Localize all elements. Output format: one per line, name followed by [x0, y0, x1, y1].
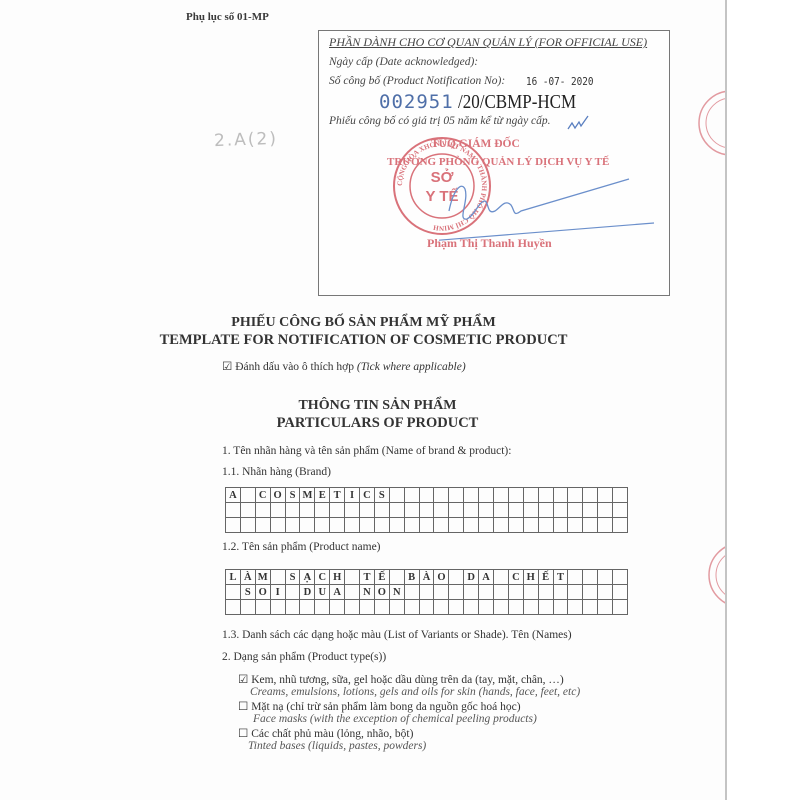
product-name-grid: LÀMSẠCHTẾBÀODACHẾTSOIDUANON: [225, 569, 628, 615]
product-grid-cell[interactable]: L: [226, 570, 241, 585]
product-grid-row: SOIDUANON: [226, 585, 628, 600]
product-grid-cell[interactable]: [464, 600, 479, 615]
product-grid-row: LÀMSẠCHTẾBÀODACHẾT: [226, 570, 628, 585]
brand-grid-cell[interactable]: [508, 518, 523, 533]
brand-grid-cell[interactable]: C: [360, 488, 375, 503]
tick-instruction-en: (Tick where applicable): [357, 361, 466, 373]
product-grid-cell[interactable]: [598, 570, 613, 585]
product-grid-cell[interactable]: [389, 570, 404, 585]
product-grid-cell[interactable]: [285, 600, 300, 615]
product-grid-cell[interactable]: [360, 600, 375, 615]
product-grid-cell[interactable]: [494, 600, 509, 615]
product-grid-cell[interactable]: C: [508, 570, 523, 585]
brand-grid-cell[interactable]: [523, 488, 538, 503]
brand-grid-cell[interactable]: [240, 503, 255, 518]
brand-grid-cell[interactable]: [568, 488, 583, 503]
brand-grid-cell[interactable]: [270, 503, 285, 518]
brand-grid-cell[interactable]: [508, 488, 523, 503]
brand-grid-cell[interactable]: [374, 518, 389, 533]
signer-role-1: TUQ.GIÁM ĐỐC: [431, 138, 520, 150]
partial-seal-icon: [695, 88, 727, 158]
product-grid-cell[interactable]: D: [464, 570, 479, 585]
brand-grid-cell[interactable]: [315, 503, 330, 518]
appendix-label: Phụ lục số 01-MP: [186, 11, 269, 23]
brand-grid-cell[interactable]: [613, 503, 628, 518]
product-grid-cell[interactable]: [583, 585, 598, 600]
product-grid-cell[interactable]: H: [330, 570, 345, 585]
product-grid-cell[interactable]: Ế: [374, 570, 389, 585]
notification-number: 002951 /20/CBMP-HCM: [379, 91, 597, 114]
validity-note: Phiếu công bố có giá trị 05 năm kể từ ng…: [329, 115, 551, 127]
product-grid-cell[interactable]: [270, 570, 285, 585]
tick-instruction: ☑ Đánh dấu vào ô thích hợp (Tick where a…: [222, 359, 466, 373]
product-grid-cell[interactable]: [523, 600, 538, 615]
brand-grid-cell[interactable]: [523, 503, 538, 518]
product-grid-cell[interactable]: S: [285, 570, 300, 585]
product-grid-cell[interactable]: [226, 600, 241, 615]
brand-grid-cell[interactable]: [226, 518, 241, 533]
brand-grid-cell[interactable]: [300, 503, 315, 518]
brand-grid-cell[interactable]: [315, 518, 330, 533]
product-grid-cell[interactable]: [568, 585, 583, 600]
brand-grid-cell[interactable]: [464, 518, 479, 533]
signer-role-2: TRƯỞNG PHÒNG QUẢN LÝ DỊCH VỤ Y TẾ: [387, 156, 609, 168]
signer-name: Phạm Thị Thanh Huyền: [427, 236, 552, 251]
product-grid-cell[interactable]: O: [374, 585, 389, 600]
product-grid-cell[interactable]: [449, 570, 464, 585]
product-grid-cell[interactable]: [345, 600, 360, 615]
brand-grid-cell[interactable]: [330, 518, 345, 533]
product-grid-cell[interactable]: T: [360, 570, 375, 585]
product-grid-cell[interactable]: [434, 585, 449, 600]
brand-grid-cell[interactable]: [404, 503, 419, 518]
brand-grid-cell[interactable]: [508, 503, 523, 518]
product-grid-cell[interactable]: [315, 600, 330, 615]
brand-grid-cell[interactable]: [345, 503, 360, 518]
brand-grid-cell[interactable]: [226, 503, 241, 518]
product-grid-cell[interactable]: À: [419, 570, 434, 585]
date-acknowledged-label: Ngày cấp (Date acknowledged):: [329, 56, 478, 68]
brand-grid-cell[interactable]: [360, 518, 375, 533]
product-grid-cell[interactable]: O: [434, 570, 449, 585]
product-type-face-masks[interactable]: ☐ Mặt nạ (chỉ trừ sản phẩm làm bong da n…: [238, 699, 521, 713]
brand-grid-cell[interactable]: [538, 503, 553, 518]
product-grid-cell[interactable]: [434, 600, 449, 615]
product-type-face-masks-en: Face masks (with the exception of chemic…: [253, 713, 537, 725]
item-1-label: 1. Tên nhãn hàng và tên sản phẩm (Name o…: [222, 445, 511, 457]
brand-grid-cell[interactable]: [404, 488, 419, 503]
product-grid-cell[interactable]: [285, 585, 300, 600]
brand-grid-cell[interactable]: [538, 518, 553, 533]
product-grid-cell[interactable]: A: [330, 585, 345, 600]
checkbox-unchecked-icon[interactable]: ☐: [238, 728, 248, 740]
product-grid-cell[interactable]: T: [553, 570, 568, 585]
product-grid-cell[interactable]: O: [255, 585, 270, 600]
brand-grid-cell[interactable]: M: [300, 488, 315, 503]
product-grid-cell[interactable]: [508, 600, 523, 615]
brand-grid-cell[interactable]: [613, 518, 628, 533]
brand-grid-cell[interactable]: [598, 503, 613, 518]
brand-grid-cell[interactable]: [568, 518, 583, 533]
brand-grid-cell[interactable]: O: [270, 488, 285, 503]
brand-grid-row: [226, 518, 628, 533]
brand-grid-cell[interactable]: [479, 488, 494, 503]
brand-grid-cell[interactable]: [300, 518, 315, 533]
product-grid-cell[interactable]: [330, 600, 345, 615]
official-use-box: PHẦN DÀNH CHO CƠ QUAN QUẢN LÝ (FOR OFFIC…: [318, 30, 670, 296]
brand-grid-cell[interactable]: [330, 503, 345, 518]
brand-grid-cell[interactable]: [419, 518, 434, 533]
brand-grid-cell[interactable]: [360, 503, 375, 518]
product-grid-cell[interactable]: [598, 585, 613, 600]
product-grid-cell[interactable]: [449, 585, 464, 600]
brand-grid-cell[interactable]: [479, 518, 494, 533]
brand-grid-cell[interactable]: [240, 518, 255, 533]
product-type-creams-vi: Kem, nhũ tương, sữa, gel hoặc dầu dùng t…: [251, 674, 564, 686]
brand-grid-cell[interactable]: [598, 488, 613, 503]
product-grid-cell[interactable]: [613, 570, 628, 585]
product-grid-cell[interactable]: [508, 585, 523, 600]
handwritten-note: 2.A(2): [214, 129, 279, 151]
product-grid-cell[interactable]: [345, 585, 360, 600]
product-grid-cell[interactable]: N: [389, 585, 404, 600]
title-en: TEMPLATE FOR NOTIFICATION OF COSMETIC PR…: [0, 332, 727, 349]
brand-grid-cell[interactable]: [404, 518, 419, 533]
brand-grid-cell[interactable]: [389, 518, 404, 533]
brand-grid-cell[interactable]: [464, 503, 479, 518]
date-acknowledged-value: 16 -07- 2020: [526, 75, 594, 88]
product-grid-cell[interactable]: [598, 600, 613, 615]
product-grid-cell[interactable]: [583, 600, 598, 615]
brand-grid-cell[interactable]: [494, 518, 509, 533]
product-grid-cell[interactable]: [538, 585, 553, 600]
product-grid-cell[interactable]: [449, 600, 464, 615]
title-vi: PHIẾU CÔNG BỐ SẢN PHẨM MỸ PHẨM: [0, 315, 727, 331]
brand-grid-cell[interactable]: [494, 503, 509, 518]
brand-grid-cell[interactable]: [374, 503, 389, 518]
document-page: Phụ lục số 01-MP 2.A(2) PHẦN DÀNH CHO CƠ…: [0, 0, 727, 800]
initials-mark-icon: [567, 115, 589, 131]
brand-grid-cell[interactable]: [434, 518, 449, 533]
product-grid-cell[interactable]: B: [404, 570, 419, 585]
brand-grid-cell[interactable]: S: [374, 488, 389, 503]
brand-grid-cell[interactable]: [419, 488, 434, 503]
brand-grid-cell[interactable]: [240, 488, 255, 503]
product-grid-cell[interactable]: [255, 600, 270, 615]
brand-grid-cell[interactable]: [389, 488, 404, 503]
product-type-creams[interactable]: ☑ Kem, nhũ tương, sữa, gel hoặc dầu dùng…: [238, 672, 564, 686]
brand-grid-cell[interactable]: [583, 488, 598, 503]
checkbox-checked-icon[interactable]: ☑: [238, 674, 248, 686]
section-title-vi: THÔNG TIN SẢN PHẨM: [14, 398, 741, 414]
brand-grid-cell[interactable]: [449, 488, 464, 503]
brand-grid-cell[interactable]: [285, 518, 300, 533]
tick-instruction-vi: Đánh dấu vào ô thích hợp: [235, 361, 354, 373]
brand-grid-cell[interactable]: [553, 518, 568, 533]
product-grid-cell[interactable]: M: [255, 570, 270, 585]
brand-grid-cell[interactable]: [270, 518, 285, 533]
brand-grid-cell[interactable]: I: [345, 488, 360, 503]
product-grid-cell[interactable]: [494, 570, 509, 585]
brand-grid-cell[interactable]: [434, 503, 449, 518]
brand-grid-cell[interactable]: [434, 488, 449, 503]
product-grid-cell[interactable]: [419, 585, 434, 600]
notification-number-stamp: 002951: [379, 91, 454, 113]
product-grid-cell[interactable]: [479, 600, 494, 615]
product-grid-cell[interactable]: C: [315, 570, 330, 585]
brand-grid-row: ACOSMETICS: [226, 488, 628, 503]
brand-grid-cell[interactable]: T: [330, 488, 345, 503]
product-grid-cell[interactable]: [374, 600, 389, 615]
brand-grid-cell[interactable]: [583, 503, 598, 518]
brand-grid-row: [226, 503, 628, 518]
partial-seal-icon: [707, 535, 727, 615]
brand-grid-cell[interactable]: [568, 503, 583, 518]
notification-number-suffix: /20/CBMP-HCM: [458, 91, 576, 114]
item-1-3-label: 1.3. Danh sách các dạng hoặc màu (List o…: [222, 629, 572, 641]
item-1-2-label: 1.2. Tên sản phẩm (Product name): [222, 541, 381, 553]
brand-grid-cell[interactable]: [538, 488, 553, 503]
notification-number-label: Số công bố (Product Notification No):: [329, 75, 505, 87]
product-grid-cell[interactable]: [523, 585, 538, 600]
product-grid-cell[interactable]: I: [270, 585, 285, 600]
product-grid-cell[interactable]: [613, 600, 628, 615]
tick-instruction-symbol: ☑: [222, 361, 232, 373]
product-grid-cell[interactable]: [300, 600, 315, 615]
brand-grid-cell[interactable]: [285, 503, 300, 518]
product-grid-cell[interactable]: Ạ: [300, 570, 315, 585]
product-grid-cell[interactable]: Ế: [538, 570, 553, 585]
brand-grid-cell[interactable]: [255, 518, 270, 533]
product-grid-cell[interactable]: [240, 600, 255, 615]
brand-grid-cell[interactable]: E: [315, 488, 330, 503]
brand-grid-cell[interactable]: [613, 488, 628, 503]
official-box-title: PHẦN DÀNH CHO CƠ QUAN QUẢN LÝ (FOR OFFIC…: [329, 35, 647, 50]
product-grid-cell[interactable]: S: [240, 585, 255, 600]
product-grid-cell[interactable]: [494, 585, 509, 600]
brand-grid-cell[interactable]: A: [226, 488, 241, 503]
product-grid-cell[interactable]: [226, 585, 241, 600]
brand-grid-cell[interactable]: [494, 488, 509, 503]
product-grid-cell[interactable]: A: [479, 570, 494, 585]
product-grid-cell[interactable]: [270, 600, 285, 615]
product-grid-cell[interactable]: [479, 585, 494, 600]
product-grid-cell[interactable]: [583, 570, 598, 585]
product-grid-cell[interactable]: [419, 600, 434, 615]
brand-grid-cell[interactable]: [583, 518, 598, 533]
brand-grid-cell[interactable]: [598, 518, 613, 533]
brand-grid-cell[interactable]: C: [255, 488, 270, 503]
product-type-creams-en: Creams, emulsions, lotions, gels and oil…: [250, 686, 580, 698]
product-type-face-masks-vi: Mặt nạ (chỉ trừ sản phẩm làm bong da ngu…: [251, 701, 520, 713]
product-type-tinted-bases-en: Tinted bases (liquids, pastes, powders): [248, 740, 426, 752]
brand-grid-cell[interactable]: [345, 518, 360, 533]
brand-grid-cell[interactable]: [449, 503, 464, 518]
brand-grid-cell[interactable]: [523, 518, 538, 533]
brand-grid-cell[interactable]: [449, 518, 464, 533]
background-margin: [727, 0, 800, 800]
product-grid-cell[interactable]: [464, 585, 479, 600]
product-grid-cell[interactable]: N: [360, 585, 375, 600]
brand-grid-cell[interactable]: [553, 488, 568, 503]
product-grid-cell[interactable]: [568, 600, 583, 615]
brand-grid-cell[interactable]: [389, 503, 404, 518]
checkbox-unchecked-icon[interactable]: ☐: [238, 701, 248, 713]
product-grid-cell[interactable]: D: [300, 585, 315, 600]
product-grid-cell[interactable]: [553, 600, 568, 615]
brand-grid-cell[interactable]: [255, 503, 270, 518]
product-grid-row: [226, 600, 628, 615]
brand-grid-cell[interactable]: [553, 503, 568, 518]
product-grid-cell[interactable]: [345, 570, 360, 585]
product-grid-cell[interactable]: [404, 600, 419, 615]
item-2-label: 2. Dạng sản phẩm (Product type(s)): [222, 651, 386, 663]
brand-grid: ACOSMETICS: [225, 487, 628, 533]
product-grid-cell[interactable]: [538, 600, 553, 615]
section-title-en: PARTICULARS OF PRODUCT: [14, 415, 741, 432]
product-grid-cell[interactable]: [389, 600, 404, 615]
product-type-tinted-bases[interactable]: ☐ Các chất phủ màu (lỏng, nhão, bột): [238, 726, 413, 740]
product-grid-cell[interactable]: [404, 585, 419, 600]
product-grid-cell[interactable]: [568, 570, 583, 585]
product-grid-cell[interactable]: H: [523, 570, 538, 585]
product-grid-cell[interactable]: [613, 585, 628, 600]
product-grid-cell[interactable]: U: [315, 585, 330, 600]
product-type-tinted-bases-vi: Các chất phủ màu (lỏng, nhão, bột): [251, 728, 413, 740]
product-grid-cell[interactable]: [553, 585, 568, 600]
item-1-1-label: 1.1. Nhãn hàng (Brand): [222, 466, 331, 478]
brand-grid-cell[interactable]: [419, 503, 434, 518]
product-grid-cell[interactable]: À: [240, 570, 255, 585]
brand-grid-cell[interactable]: S: [285, 488, 300, 503]
brand-grid-cell[interactable]: [464, 488, 479, 503]
brand-grid-cell[interactable]: [479, 503, 494, 518]
